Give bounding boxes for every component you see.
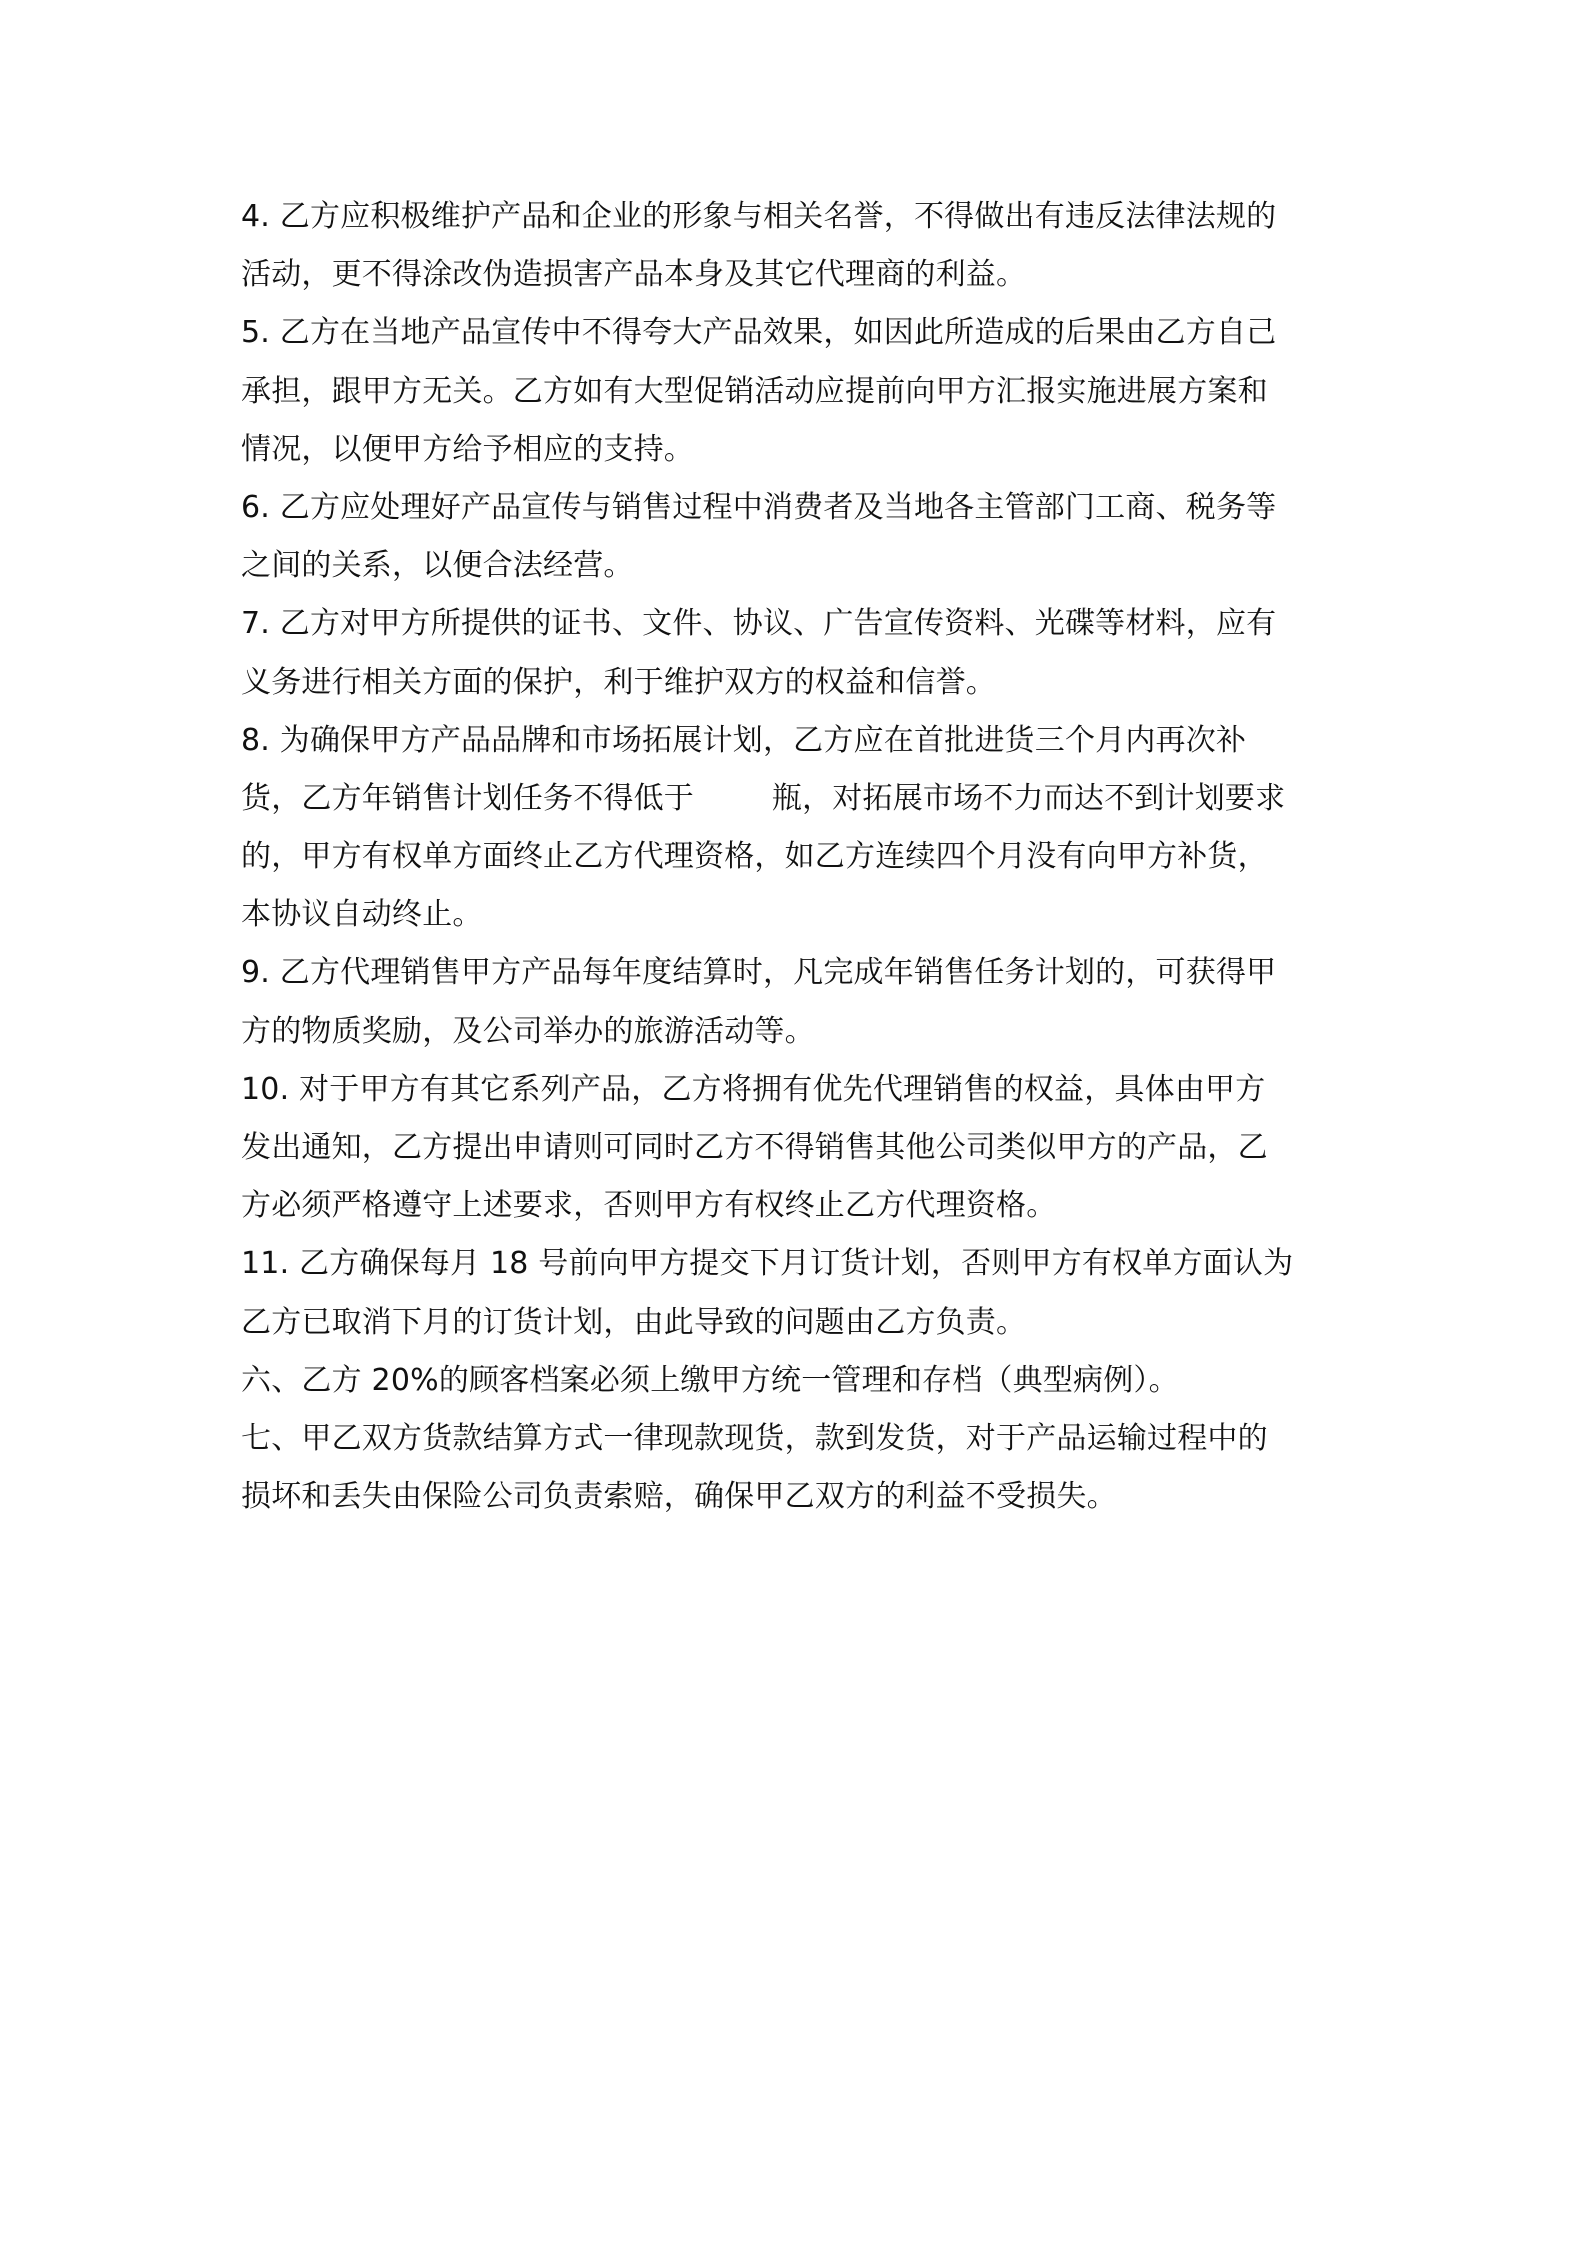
text-line: 5. 乙方在当地产品宣传中不得夸大产品效果，如因此所造成的后果由乙方自己 — [241, 304, 1341, 362]
text-line: 发出通知，乙方提出申请则可同时乙方不得销售其他公司类似甲方的产品，乙 — [241, 1119, 1341, 1177]
clause-6: 6. 乙方应处理好产品宣传与销售过程中消费者及当地各主管部门工商、税务等 之间的… — [241, 479, 1341, 595]
clause-11: 11. 乙方确保每月 18 号前向甲方提交下月订货计划，否则甲方有权单方面认为 … — [241, 1235, 1341, 1351]
text-line: 方必须严格遵守上述要求，否则甲方有权终止乙方代理资格。 — [241, 1177, 1341, 1235]
text-line: 货，乙方年销售计划任务不得低于 瓶，对拓展市场不力而达不到计划要求 — [241, 770, 1341, 828]
text-line: 七、甲乙双方货款结算方式一律现款现货，款到发货，对于产品运输过程中的 — [241, 1410, 1341, 1468]
text-line: 损坏和丢失由保险公司负责索赔，确保甲乙双方的利益不受损失。 — [241, 1468, 1341, 1526]
text-line: 8. 为确保甲方产品品牌和市场拓展计划，乙方应在首批进货三个月内再次补 — [241, 712, 1341, 770]
clause-9: 9. 乙方代理销售甲方产品每年度结算时，凡完成年销售任务计划的，可获得甲 方的物… — [241, 944, 1341, 1060]
section-6: 六、乙方 20%的顾客档案必须上缴甲方统一管理和存档（典型病例）。 — [241, 1352, 1341, 1410]
text-line: 7. 乙方对甲方所提供的证书、文件、协议、广告宣传资料、光碟等材料，应有 — [241, 595, 1341, 653]
clause-8: 8. 为确保甲方产品品牌和市场拓展计划，乙方应在首批进货三个月内再次补 货，乙方… — [241, 712, 1341, 945]
text-line: 4. 乙方应积极维护产品和企业的形象与相关名誉，不得做出有违反法律法规的 — [241, 188, 1341, 246]
text-line: 本协议自动终止。 — [241, 886, 1341, 944]
text-line: 10. 对于甲方有其它系列产品，乙方将拥有优先代理销售的权益，具体由甲方 — [241, 1061, 1341, 1119]
text-line: 情况，以便甲方给予相应的支持。 — [241, 421, 1341, 479]
text-line: 义务进行相关方面的保护，利于维护双方的权益和信誉。 — [241, 654, 1341, 712]
clause-10: 10. 对于甲方有其它系列产品，乙方将拥有优先代理销售的权益，具体由甲方 发出通… — [241, 1061, 1341, 1236]
text-line: 11. 乙方确保每月 18 号前向甲方提交下月订货计划，否则甲方有权单方面认为 — [241, 1235, 1341, 1293]
text-line: 6. 乙方应处理好产品宣传与销售过程中消费者及当地各主管部门工商、税务等 — [241, 479, 1341, 537]
section-7: 七、甲乙双方货款结算方式一律现款现货，款到发货，对于产品运输过程中的 损坏和丢失… — [241, 1410, 1341, 1526]
text-line: 之间的关系，以便合法经营。 — [241, 537, 1341, 595]
text-line: 承担，跟甲方无关。乙方如有大型促销活动应提前向甲方汇报实施进展方案和 — [241, 363, 1341, 421]
text-line: 六、乙方 20%的顾客档案必须上缴甲方统一管理和存档（典型病例）。 — [241, 1352, 1341, 1410]
text-line: 方的物质奖励，及公司举办的旅游活动等。 — [241, 1003, 1341, 1061]
clause-7: 7. 乙方对甲方所提供的证书、文件、协议、广告宣传资料、光碟等材料，应有 义务进… — [241, 595, 1341, 711]
text-line: 的，甲方有权单方面终止乙方代理资格，如乙方连续四个月没有向甲方补货， — [241, 828, 1341, 886]
text-line: 活动，更不得涂改伪造损害产品本身及其它代理商的利益。 — [241, 246, 1341, 304]
document-page: 4. 乙方应积极维护产品和企业的形象与相关名誉，不得做出有违反法律法规的 活动，… — [241, 188, 1341, 1526]
text-line: 9. 乙方代理销售甲方产品每年度结算时，凡完成年销售任务计划的，可获得甲 — [241, 944, 1341, 1002]
clause-5: 5. 乙方在当地产品宣传中不得夸大产品效果，如因此所造成的后果由乙方自己 承担，… — [241, 304, 1341, 479]
clause-4: 4. 乙方应积极维护产品和企业的形象与相关名誉，不得做出有违反法律法规的 活动，… — [241, 188, 1341, 304]
text-line: 乙方已取消下月的订货计划，由此导致的问题由乙方负责。 — [241, 1294, 1341, 1352]
